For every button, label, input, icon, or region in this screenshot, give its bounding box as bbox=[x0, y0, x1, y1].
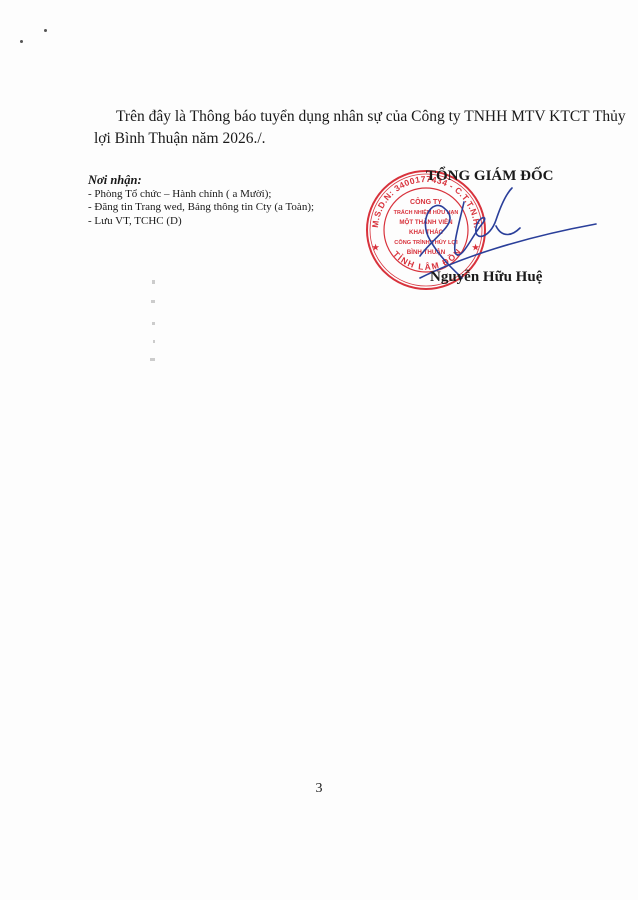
closing-paragraph-line-1: Trên đây là Thông báo tuyển dụng nhân sự… bbox=[116, 106, 626, 128]
recipients-list: Nơi nhận: - Phòng Tổ chức – Hành chính (… bbox=[88, 174, 314, 228]
recipient-item: - Lưu VT, TCHC (D) bbox=[88, 215, 314, 229]
svg-text:★: ★ bbox=[372, 243, 380, 252]
recipient-item: - Phòng Tổ chức – Hành chính ( a Mười); bbox=[88, 188, 314, 202]
document-page: Trên đây là Thông báo tuyển dụng nhân sự… bbox=[0, 0, 638, 900]
page-number: 3 bbox=[0, 781, 638, 797]
scan-artifact bbox=[44, 29, 47, 32]
signatory-name: Nguyễn Hữu Huệ bbox=[430, 269, 542, 286]
closing-paragraph-line-2: lợi Bình Thuận năm 2026./. bbox=[94, 128, 266, 150]
recipients-title: Nơi nhận: bbox=[88, 174, 314, 188]
recipient-item: - Đăng tin Trang wed, Bảng thông tin Cty… bbox=[88, 201, 314, 215]
scan-artifact bbox=[20, 40, 23, 43]
scan-artifact bbox=[148, 278, 160, 368]
